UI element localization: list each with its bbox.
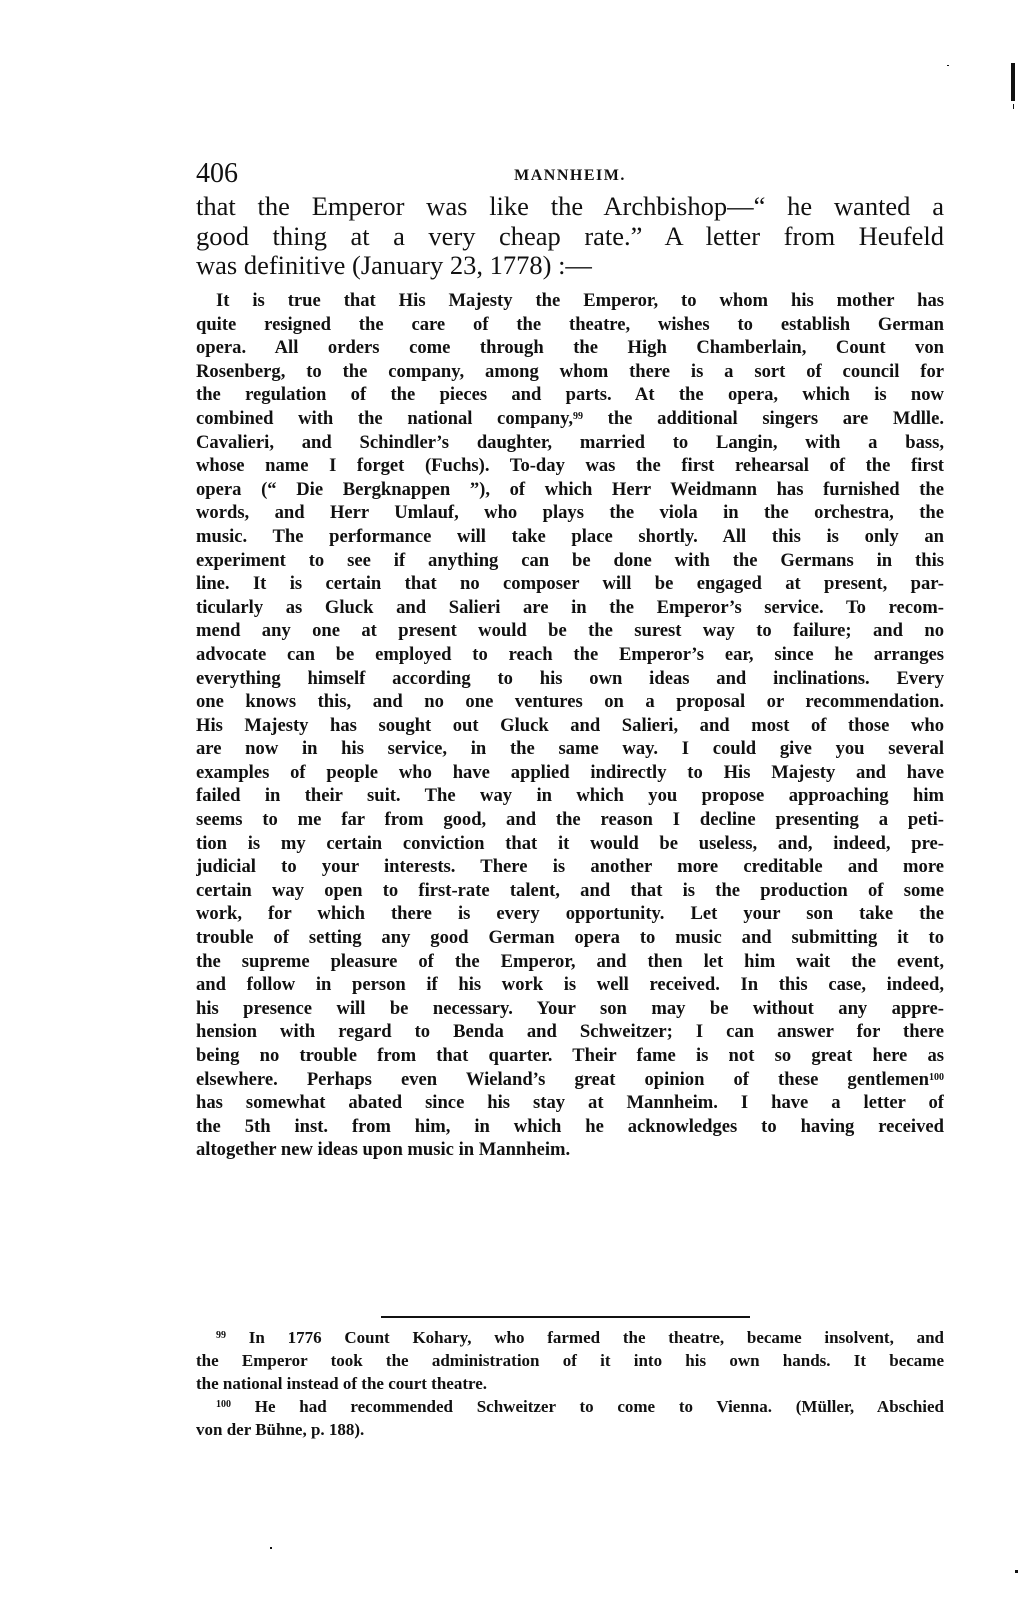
running-head: 406 MANNHEIM. [196, 158, 944, 190]
text-line: the 5th inst. from him, in which he ackn… [196, 1115, 944, 1139]
text-line: being no trouble from that quarter. Thei… [196, 1044, 944, 1068]
text-line: that the Emperor was like the Archbishop… [196, 192, 944, 222]
text-line: hension with regard to Benda and Schweit… [196, 1020, 944, 1044]
text-fragment: combined with the national company, [196, 408, 573, 429]
text-line: elsewhere. Perhaps even Wieland’s great … [196, 1068, 944, 1092]
scan-artifact-speck [1015, 1570, 1018, 1573]
text-line: are now in his service, in the same way.… [196, 737, 944, 761]
footnote-100: 100 He had recommended Schweitzer to com… [196, 1395, 944, 1418]
text-line: It is true that His Majesty the Emperor,… [196, 289, 944, 313]
running-title: MANNHEIM. [196, 164, 944, 188]
text-line: opera. All orders come through the High … [196, 336, 944, 360]
text-line: one knows this, and no one ventures on a… [196, 690, 944, 714]
text-fragment: elsewhere. Perhaps even Wieland’s great … [196, 1069, 929, 1090]
footnote-marker: 100 [216, 1399, 231, 1410]
text-line: music. The performance will take place s… [196, 525, 944, 549]
text-line: the Emperor took the administration of i… [196, 1349, 944, 1372]
text-line: his presence will be necessary. Your son… [196, 997, 944, 1021]
footnotes: 99 In 1776 Count Kohary, who farmed the … [196, 1326, 944, 1441]
text-line: tion is my certain conviction that it wo… [196, 832, 944, 856]
text-line: combined with the national company,99 th… [196, 407, 944, 431]
text-line: His Majesty has sought out Gluck and Sal… [196, 714, 944, 738]
text-line: whose name I forget (Fuchs). To-day was … [196, 454, 944, 478]
text-line: judicial to your interests. There is ano… [196, 855, 944, 879]
scan-artifact-dot [947, 65, 949, 66]
text-line: quite resigned the care of the theatre, … [196, 313, 944, 337]
lead-paragraph: that the Emperor was like the Archbishop… [196, 192, 944, 281]
text-line: the national instead of the court theatr… [196, 1372, 944, 1395]
text-line: work, for which there is every opportuni… [196, 902, 944, 926]
text-fragment: In 1776 Count Kohary, who farmed the the… [226, 1328, 944, 1347]
text-line: Cavalieri, and Schindler’s daughter, mar… [196, 431, 944, 455]
text-line: altogether new ideas upon music in Mannh… [196, 1138, 944, 1162]
text-line: line. It is certain that no composer wil… [196, 572, 944, 596]
footnote-ref-99[interactable]: 99 [573, 411, 583, 422]
text-line: trouble of setting any good German opera… [196, 926, 944, 950]
text-line: mend any one at present would be the sur… [196, 619, 944, 643]
text-line: seems to me far from good, and the reaso… [196, 808, 944, 832]
footnote-divider [381, 1316, 750, 1318]
scan-artifact-bar [1011, 63, 1015, 101]
text-line: ticularly as Gluck and Salieri are in th… [196, 596, 944, 620]
scan-artifact-speck [270, 1547, 272, 1549]
text-line: failed in their suit. The way in which y… [196, 784, 944, 808]
quoted-letter: It is true that His Majesty the Emperor,… [196, 289, 944, 1162]
footnote-99: 99 In 1776 Count Kohary, who farmed the … [196, 1326, 944, 1349]
text-line: the supreme pleasure of the Emperor, and… [196, 950, 944, 974]
text-line: examples of people who have applied indi… [196, 761, 944, 785]
text-line: good thing at a very cheap rate.” A lett… [196, 222, 944, 252]
text-line: certain way open to first-rate talent, a… [196, 879, 944, 903]
footnote-ref-100[interactable]: 100 [929, 1072, 944, 1083]
footnote-marker: 99 [216, 1330, 226, 1341]
text-fragment: He had recommended Schweitzer to come to… [231, 1397, 944, 1416]
text-line: has somewhat abated since his stay at Ma… [196, 1091, 944, 1115]
text-line: words, and Herr Umlauf, who plays the vi… [196, 501, 944, 525]
text-line: advocate can be employed to reach the Em… [196, 643, 944, 667]
scan-artifact-tick [1013, 104, 1014, 109]
text-line: everything himself according to his own … [196, 667, 944, 691]
text-line: and follow in person if his work is well… [196, 973, 944, 997]
text-line: the regulation of the pieces and parts. … [196, 383, 944, 407]
text-line: was definitive (January 23, 1778) :— [196, 251, 944, 281]
text-line: experiment to see if anything can be don… [196, 549, 944, 573]
text-line: von der Bühne, p. 188). [196, 1418, 944, 1441]
text-line: Rosenberg, to the company, among whom th… [196, 360, 944, 384]
text-fragment: the additional singers are Mdlle. [583, 408, 944, 429]
text-line: opera (“ Die Bergknappen ”), of which He… [196, 478, 944, 502]
